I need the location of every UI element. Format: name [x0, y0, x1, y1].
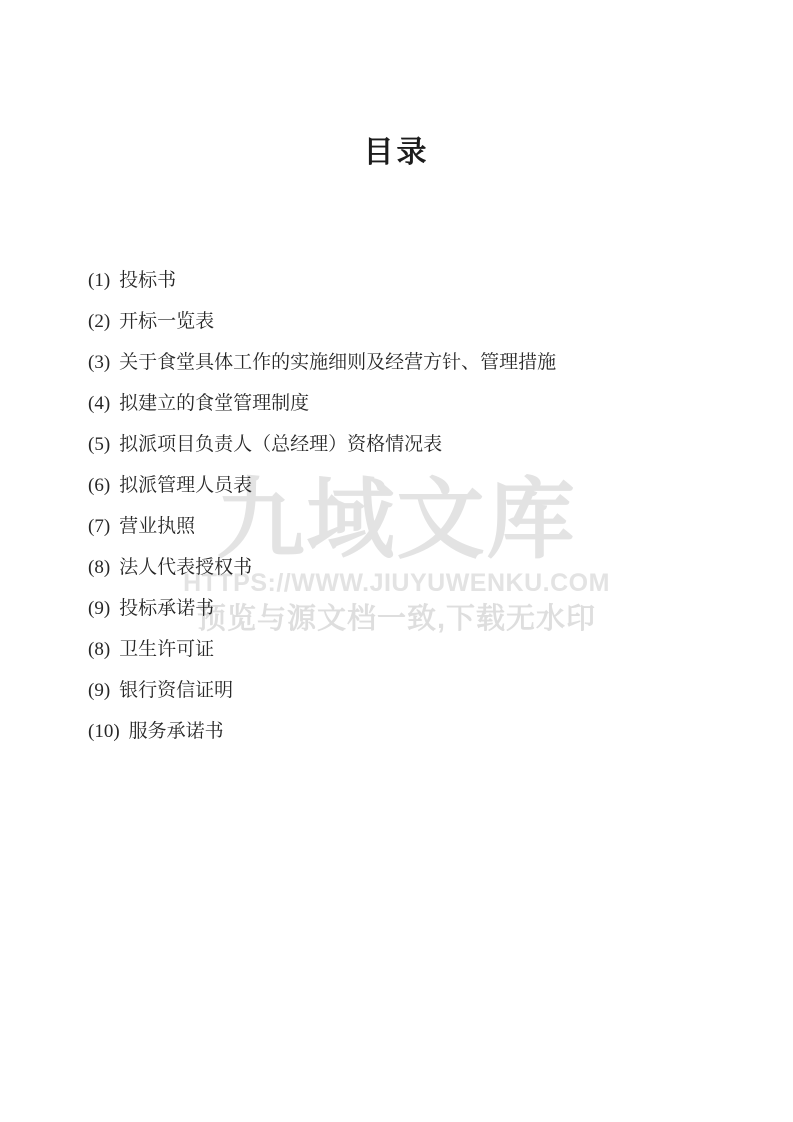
toc-item-label: 拟派管理人员表 [119, 475, 252, 496]
toc-item: (6)拟派管理人员表 [88, 465, 556, 506]
toc-item-number: (10) [88, 711, 120, 752]
toc-item-number: (8) [88, 629, 110, 670]
document-content: 目录 (1)投标书 (2)开标一览表 (3)关于食堂具体工作的实施细则及经营方针… [0, 0, 793, 1122]
toc-item-label: 法人代表授权书 [119, 557, 252, 578]
toc-item-number: (1) [88, 260, 110, 301]
toc-item-label: 拟派项目负责人（总经理）资格情况表 [119, 434, 442, 455]
toc-item: (8)法人代表授权书 [88, 547, 556, 588]
toc-item-label: 投标承诺书 [119, 598, 214, 619]
toc-item-number: (3) [88, 342, 110, 383]
toc-item-number: (5) [88, 424, 110, 465]
toc-item: (7)营业执照 [88, 506, 556, 547]
toc-item-number: (7) [88, 506, 110, 547]
toc-list: (1)投标书 (2)开标一览表 (3)关于食堂具体工作的实施细则及经营方针、管理… [88, 260, 556, 752]
toc-item: (9)银行资信证明 [88, 670, 556, 711]
toc-item: (3)关于食堂具体工作的实施细则及经营方针、管理措施 [88, 342, 556, 383]
toc-item-number: (6) [88, 465, 110, 506]
toc-item: (9)投标承诺书 [88, 588, 556, 629]
toc-item: (10)服务承诺书 [88, 711, 556, 752]
toc-item-number: (2) [88, 301, 110, 342]
toc-item-number: (8) [88, 547, 110, 588]
toc-item: (5)拟派项目负责人（总经理）资格情况表 [88, 424, 556, 465]
document-page: 九域文库 HTTPS://WWW.JIUYUWENKU.COM 预览与源文档一致… [0, 0, 793, 1122]
toc-item: (2)开标一览表 [88, 301, 556, 342]
page-title: 目录 [0, 127, 793, 171]
toc-item: (8)卫生许可证 [88, 629, 556, 670]
toc-item-label: 服务承诺书 [129, 721, 224, 742]
toc-item-label: 关于食堂具体工作的实施细则及经营方针、管理措施 [119, 352, 556, 373]
toc-item-label: 投标书 [119, 270, 176, 291]
toc-item-label: 银行资信证明 [119, 680, 233, 701]
toc-item-label: 营业执照 [119, 516, 195, 537]
toc-item-label: 开标一览表 [119, 311, 214, 332]
toc-item-number: (9) [88, 588, 110, 629]
toc-item-label: 卫生许可证 [119, 639, 214, 660]
toc-item-number: (9) [88, 670, 110, 711]
toc-item-number: (4) [88, 383, 110, 424]
toc-item: (4)拟建立的食堂管理制度 [88, 383, 556, 424]
toc-item-label: 拟建立的食堂管理制度 [119, 393, 309, 414]
toc-item: (1)投标书 [88, 260, 556, 301]
